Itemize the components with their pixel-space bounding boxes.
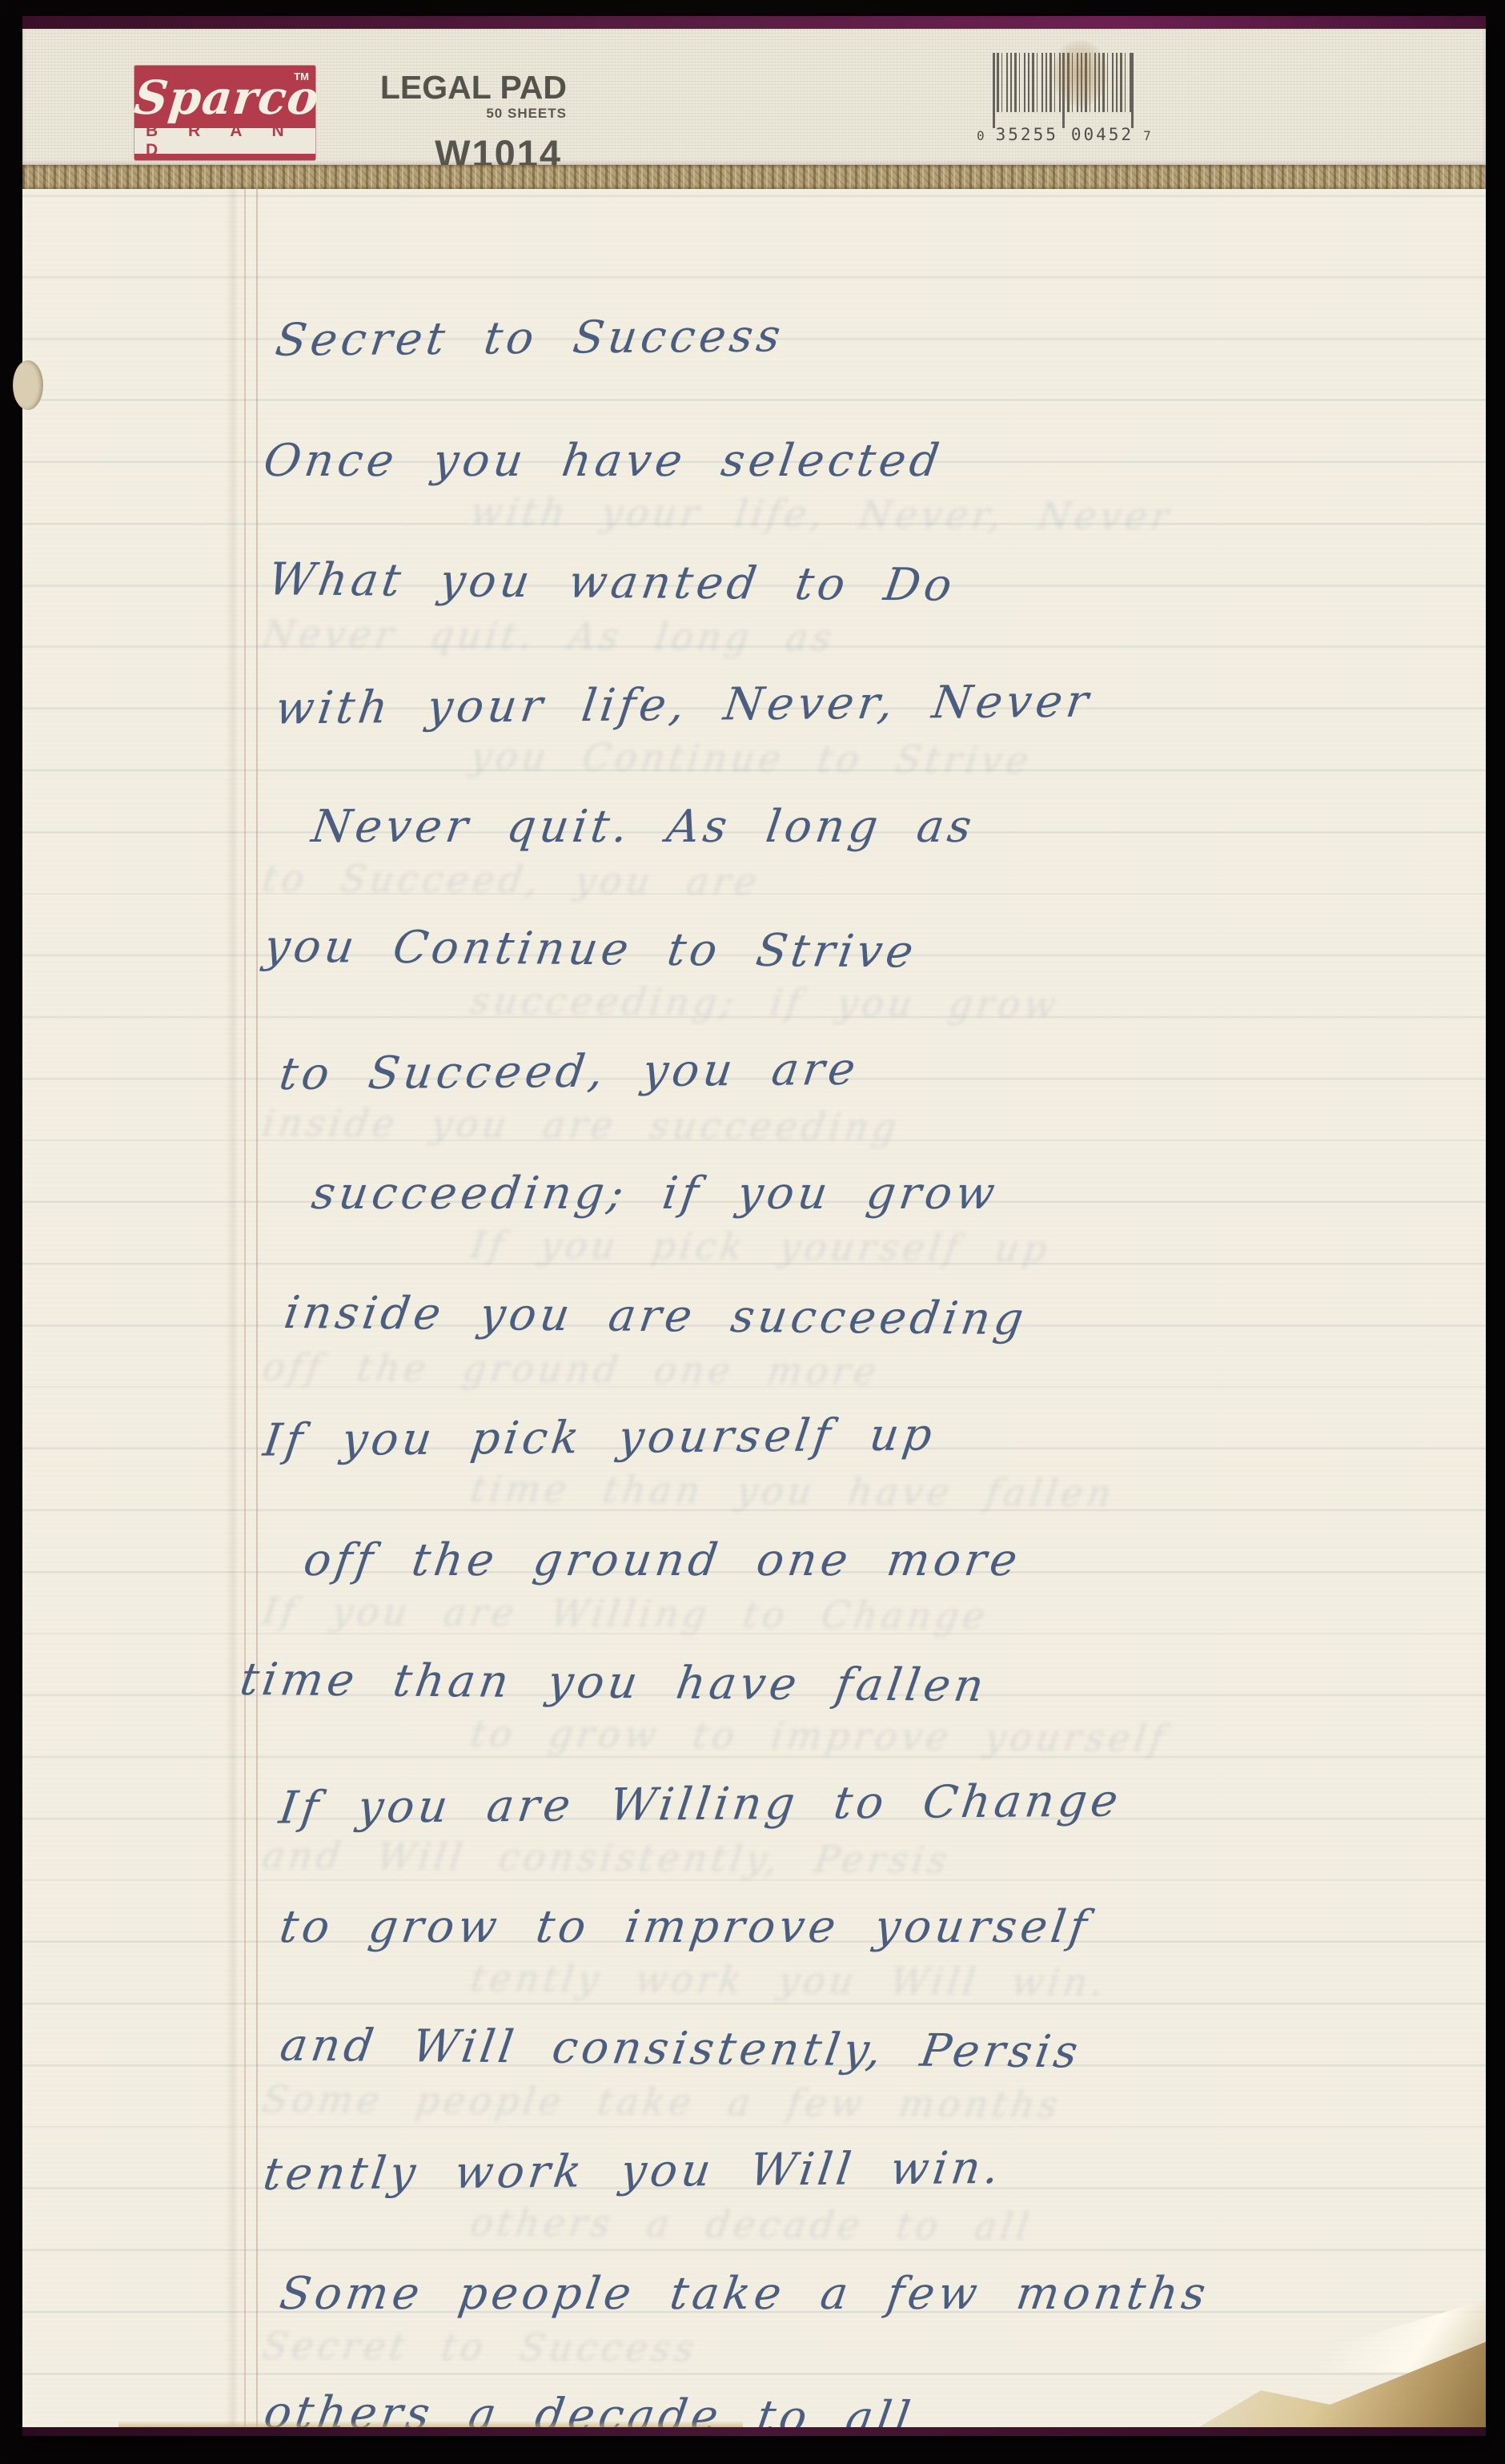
brand-sub-label: B R A N D [134,122,315,160]
bleedthrough-text: inside you are succeeding [259,1101,903,1149]
handwriting-line: If you pick yourself up [260,1409,939,1466]
barcode-digit-left: 0 [977,128,985,144]
handwriting-line: you Continue to Strive [261,920,921,978]
handwriting-line: inside you are succeeding [281,1287,1031,1345]
pad-header: Sparco TM B R A N D LEGAL PAD 50 SHEETS … [22,29,1486,165]
barcode-digit-group2: 00452 [1071,125,1134,144]
legal-pad: Sparco TM B R A N D LEGAL PAD 50 SHEETS … [22,16,1486,2436]
handwriting-line: Never quit. As long as [308,801,978,853]
trademark-symbol: TM [294,70,309,82]
torn-edge-chip [13,360,43,410]
handwriting-line: tently work you Will win. [260,2142,1005,2201]
bleedthrough-text: tently work you Will win. [468,1956,1110,2004]
bleedthrough-text: you Continue to Strive [468,735,1035,782]
bleedthrough-text: time than you have fallen [468,1467,1118,1515]
handwriting-line: What you wanted to Do [265,553,959,611]
barcode-guard-middle [1062,53,1065,128]
bleedthrough-text: to grow to improve yourself [468,1712,1170,1760]
handwriting-line: with your life, Never, Never [272,676,1095,735]
pad-top-stripe [22,16,1486,29]
bleedthrough-text: Never quit. As long as [259,613,838,660]
handwriting-line: If you are Willing to Change [276,1775,1125,1834]
ruled-sheet: Secret to SuccessOnce you have selectedW… [22,189,1486,2428]
sparco-logo: Sparco TM B R A N D [134,66,315,160]
bleedthrough-text: others a decade to all [468,2201,1035,2249]
handwriting-line: to Succeed, you are [276,1043,862,1100]
handwriting-line: time than you have fallen [237,1654,991,1712]
bleedthrough-text: to Succeed, you are [259,857,764,903]
product-info: LEGAL PAD 50 SHEETS W1014 [367,70,567,175]
handwriting-line: Secret to Success [272,310,787,367]
product-title: LEGAL PAD [367,70,567,104]
handwriting-line: Some people take a few months [276,2268,1212,2320]
bleedthrough-text: and Will consistently, Persis [259,1834,953,1882]
handwriting-line: Once you have selected [260,435,945,487]
barcode-guard-left [993,53,995,128]
bleedthrough-text: off the ground one more [259,1345,883,1393]
bleedthrough-text: If you pick yourself up [468,1223,1053,1270]
barcode-guard-right [1131,53,1134,128]
handwriting: Secret to SuccessOnce you have selectedW… [22,189,1486,2428]
barcode-digit-group1: 35255 [996,125,1058,144]
handwriting-line: and Will consistently, Persis [277,2020,1086,2079]
bleedthrough-text: with your life, Never, Never [468,490,1175,538]
handwriting-line: off the ground one more [300,1534,1024,1586]
pad-bottom-stripe [22,2427,1486,2436]
bleedthrough-text: If you are Willing to Change [259,1590,991,1638]
bleedthrough-text: succeeding; if you grow [468,979,1063,1026]
glue-strip [22,165,1486,189]
bleedthrough-text: Some people take a few months [260,2078,1066,2127]
barcode-digit-right: 7 [1143,128,1151,144]
handwriting-line: to grow to improve yourself [276,1901,1094,1953]
photo-background: Sparco TM B R A N D LEGAL PAD 50 SHEETS … [0,0,1505,2464]
sheet-count: 50 SHEETS [367,106,567,122]
brand-strip: B R A N D [134,128,315,154]
handwriting-line: succeeding; if you grow [308,1168,1001,1220]
barcode-digits: 0 35255 00452 7 [983,125,1143,144]
upc-barcode: 0 35255 00452 7 [983,46,1143,144]
brand-wordmark: Sparco [131,67,319,128]
bleedthrough-text: Secret to Success [259,2324,700,2370]
